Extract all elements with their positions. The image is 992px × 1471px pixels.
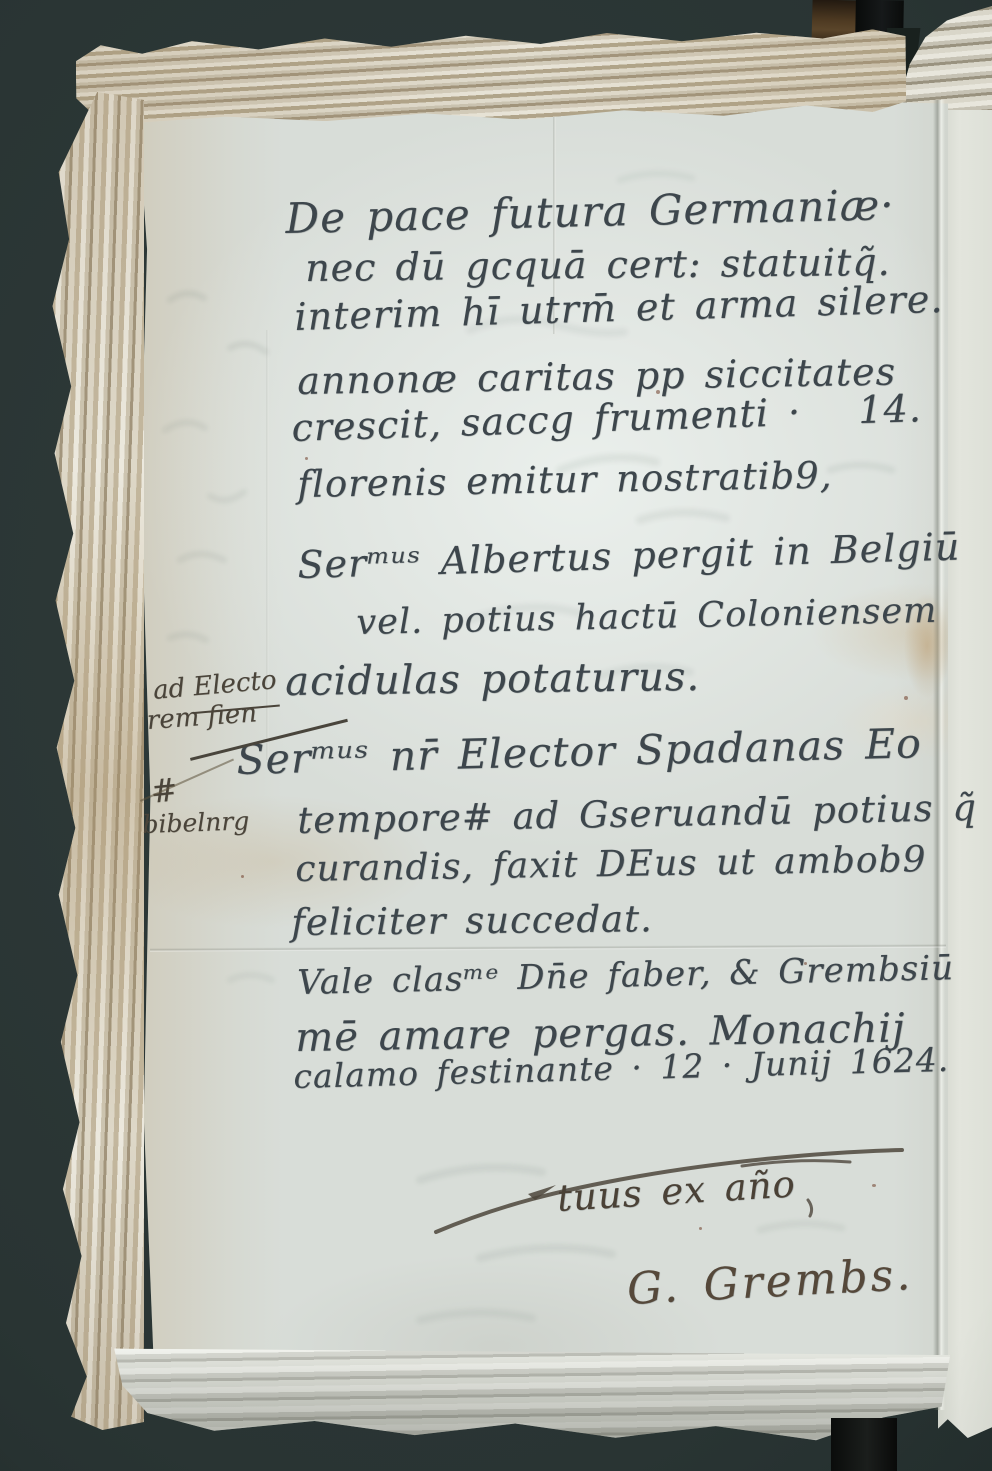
ink-speck (904, 696, 908, 700)
letter-body: De pace futura Germaniæ· nec dū gcquā ce… (0, 0, 992, 1471)
ink-speck (699, 1227, 702, 1230)
manuscript-photo: De pace futura Germaniæ· nec dū gcquā ce… (0, 0, 992, 1471)
ink-speck (656, 390, 660, 394)
ink-speck (241, 875, 244, 878)
pen-flourish (0, 0, 992, 1471)
ink-speck (872, 1184, 876, 1187)
ink-speck (804, 962, 807, 965)
ink-speck (305, 457, 308, 460)
